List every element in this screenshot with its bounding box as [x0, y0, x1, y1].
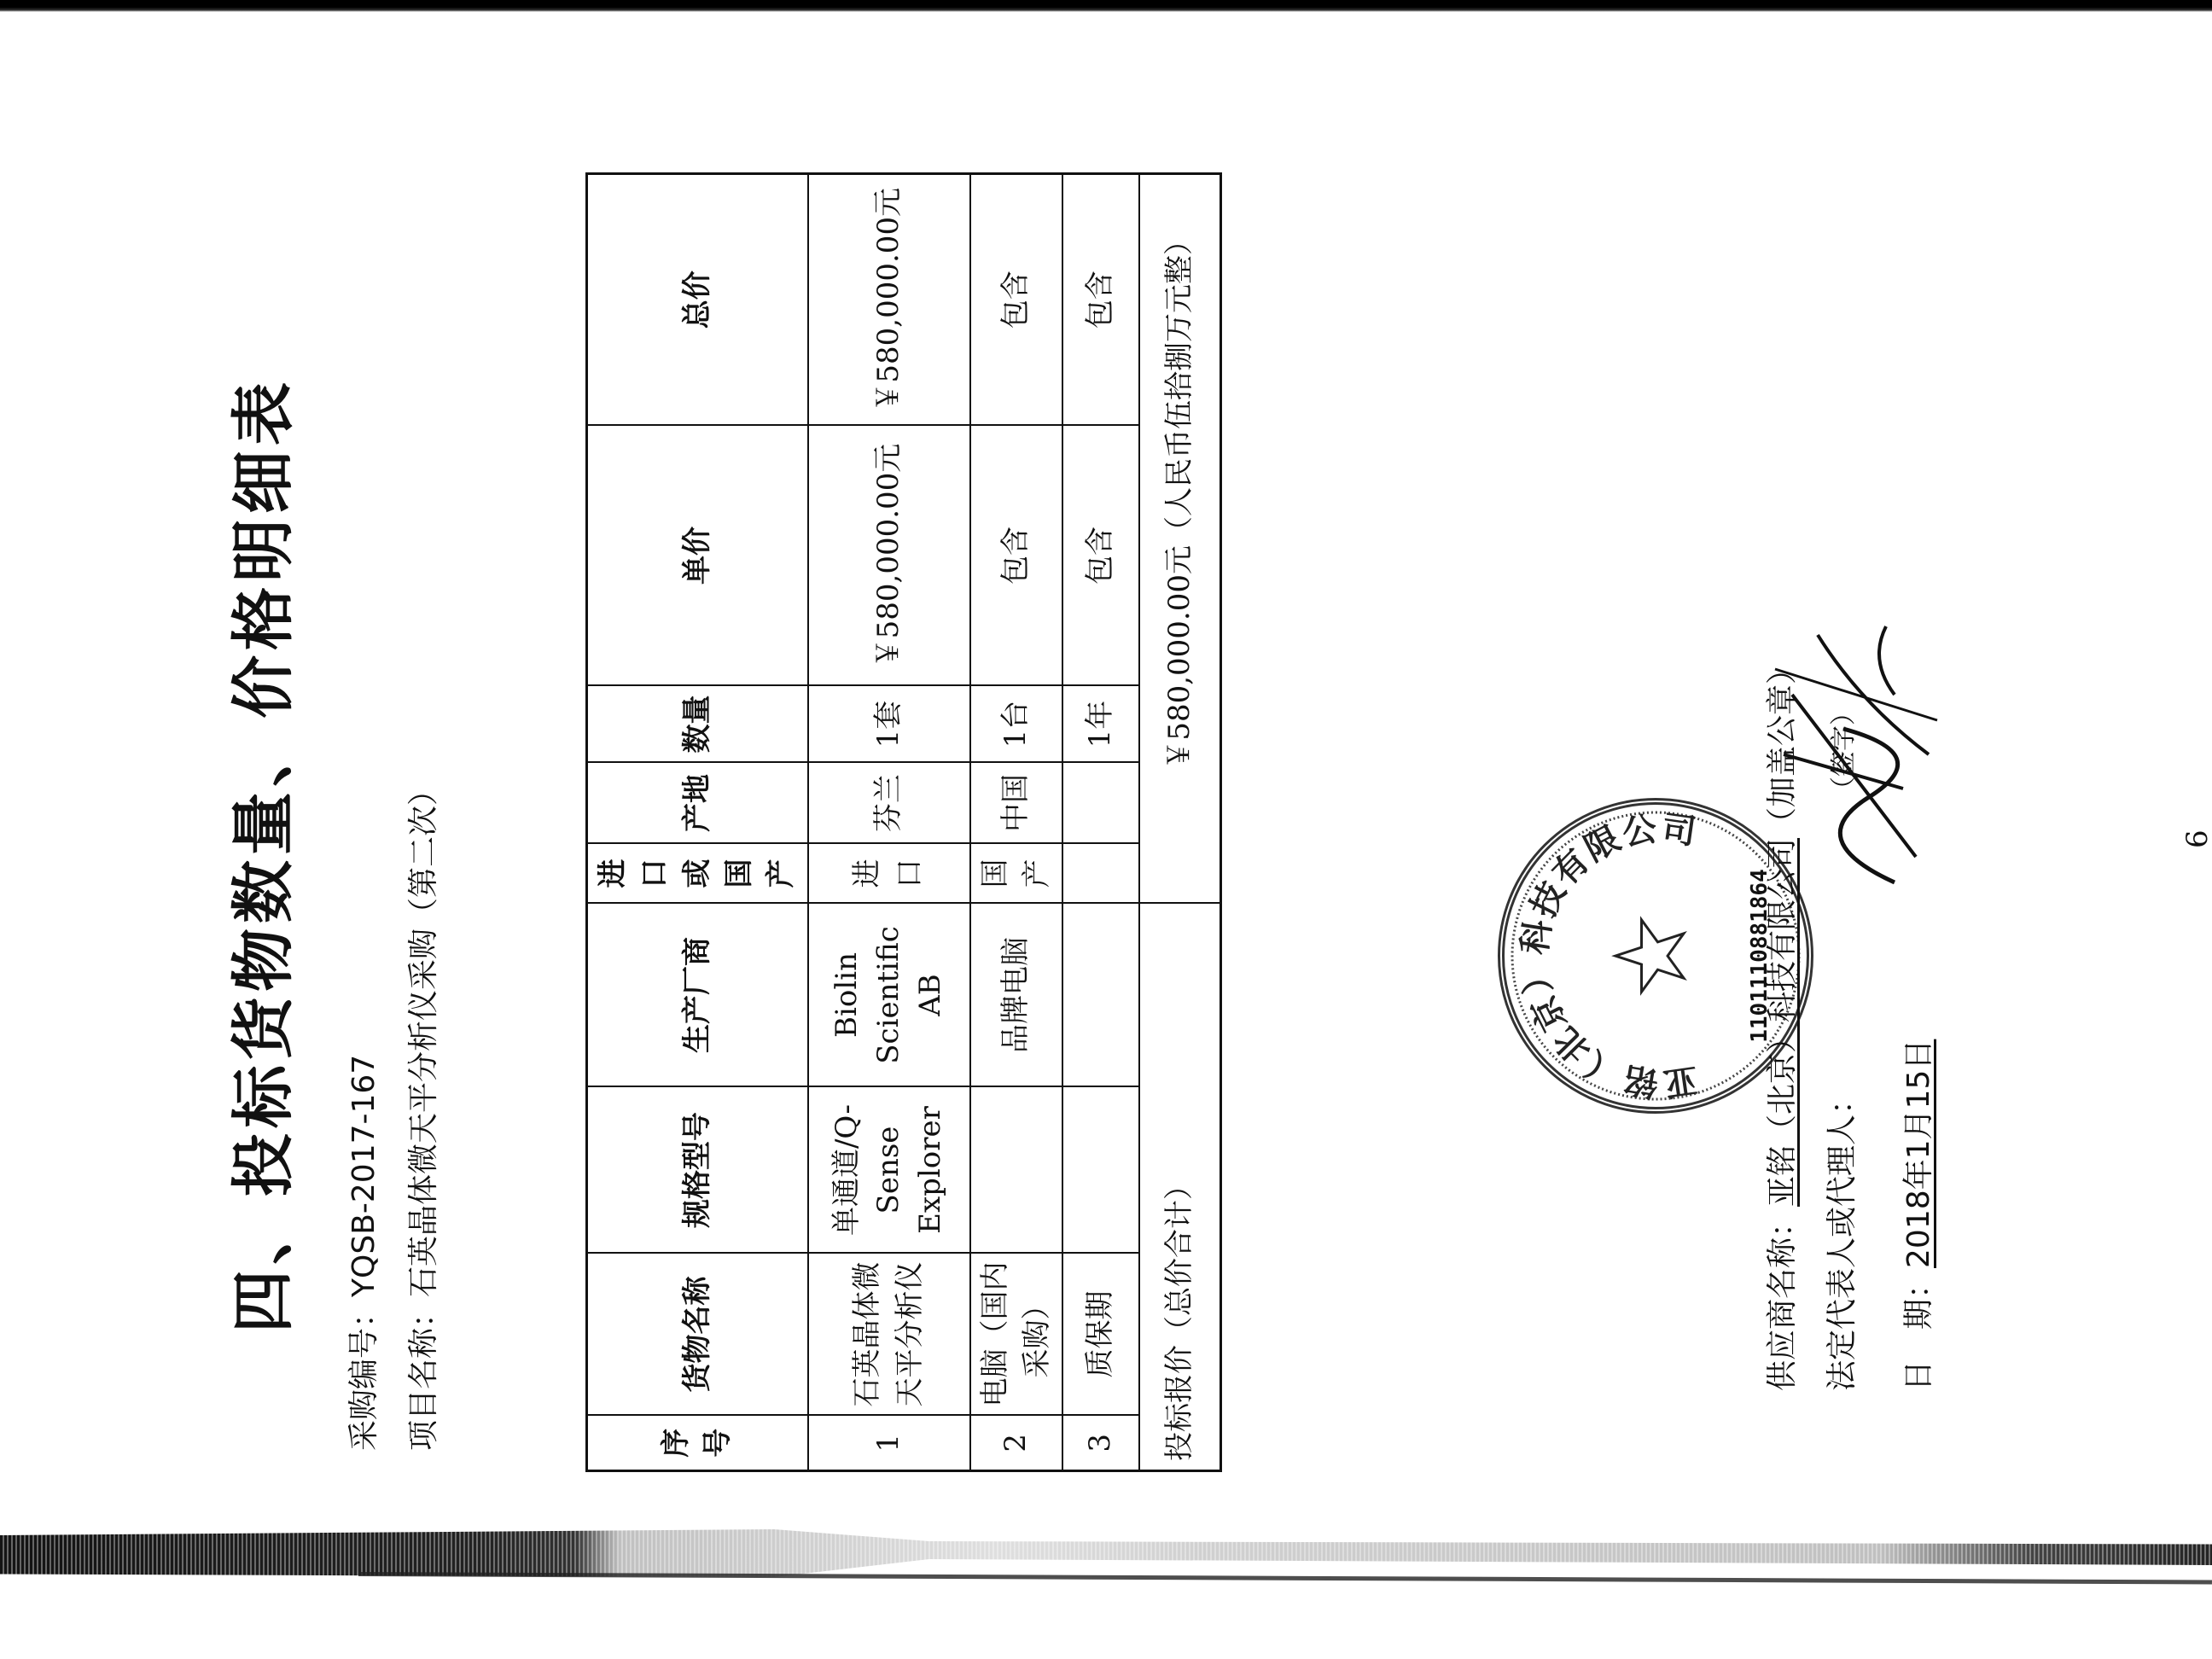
cell-manufacturer: Biolin Scientific AB — [808, 904, 970, 1087]
cell-no: 2 — [970, 1416, 1063, 1471]
table-row: 1 石英晶体微天平分析仪 单通道/Q-Sense Explorer Biolin… — [808, 174, 970, 1471]
cell-quantity: 1套 — [808, 686, 970, 763]
document-page: 四、投标货物数量、价格明细表 采购编号：YQSB-2017-167 项目名称：石… — [0, 0, 2212, 1659]
cell-no: 1 — [808, 1416, 970, 1471]
header-total-price: 总价 — [587, 174, 808, 426]
date-label: 日 期： — [1901, 1268, 1936, 1391]
page-title: 四、投标货物数量、价格明细表 — [213, 0, 304, 1659]
procurement-number-value: YQSB-2017-167 — [346, 1055, 381, 1297]
cell-total-price: 包含 — [1062, 174, 1139, 426]
cell-name: 电脑（国内采购） — [970, 1254, 1063, 1416]
cell-import-or-domestic: 进口 — [808, 844, 970, 904]
cell-quantity: 1年 — [1062, 686, 1139, 763]
handwritten-signature — [1767, 618, 1954, 891]
supplier-name-value: 亚铭（北京）科技有限公司 — [1765, 838, 1800, 1207]
cell-origin: 中国 — [970, 763, 1063, 844]
cell-no: 3 — [1062, 1416, 1139, 1471]
cell-quantity: 1台 — [970, 686, 1063, 763]
header-name: 货物名称 — [587, 1254, 808, 1416]
header-origin: 产地 — [587, 763, 808, 844]
page-title-text: 四、投标货物数量、价格明细表 — [213, 377, 304, 1333]
procurement-number: 采购编号：YQSB-2017-167 — [340, 1055, 383, 1451]
cell-origin — [1062, 763, 1139, 844]
cell-unit-price: 包含 — [970, 426, 1063, 686]
cell-unit-price: 包含 — [1062, 426, 1139, 686]
table-total-row: 投标报价（总价合计） ￥580,000.00元（人民币伍拾捌万元整） — [1139, 174, 1220, 1471]
cell-manufacturer: 品牌电脑 — [970, 904, 1063, 1087]
cell-manufacturer — [1062, 904, 1139, 1087]
supplier-name-label: 供应商名称： — [1765, 1207, 1800, 1391]
table-row: 2 电脑（国内采购） 品牌电脑 国产 中国 1台 包含 包含 — [970, 174, 1063, 1471]
project-name-value: 石英晶体微天平分析仪采购（第二次） — [406, 775, 441, 1297]
project-name: 项目名称：石英晶体微天平分析仪采购（第二次） — [399, 775, 443, 1451]
cell-name: 质保期 — [1062, 1254, 1139, 1416]
seal-star-icon: ★ — [1604, 914, 1698, 998]
cell-import-or-domestic: 国产 — [970, 844, 1063, 904]
procurement-number-label: 采购编号： — [346, 1297, 381, 1451]
cell-total-price: ￥580,000.00元 — [808, 174, 970, 426]
header-spec: 规格型号 — [587, 1087, 808, 1254]
page-number: 6 — [2180, 829, 2212, 848]
cell-spec: 单通道/Q-Sense Explorer — [808, 1087, 970, 1254]
table-row: 3 质保期 1年 包含 包含 — [1062, 174, 1139, 1471]
cell-total-price: 包含 — [970, 174, 1063, 426]
cell-name: 石英晶体微天平分析仪 — [808, 1254, 970, 1416]
header-quantity: 数量 — [587, 686, 808, 763]
header-unit-price: 单价 — [587, 426, 808, 686]
date-value: 2018年1月15日 — [1901, 1039, 1936, 1268]
cell-unit-price: ￥580,000.00元 — [808, 426, 970, 686]
total-value: ￥580,000.00元（人民币伍拾捌万元整） — [1139, 174, 1220, 904]
cell-spec — [970, 1087, 1063, 1254]
header-manufacturer: 生产厂商 — [587, 904, 808, 1087]
date-line: 日 期：2018年1月15日 — [1895, 1039, 1938, 1391]
cell-spec — [1062, 1087, 1139, 1254]
project-name-label: 项目名称： — [406, 1297, 441, 1451]
header-import-or-domestic: 进口或国产 — [587, 844, 808, 904]
total-label: 投标报价（总价合计） — [1139, 904, 1220, 1471]
price-detail-table: 序号 货物名称 规格型号 生产厂商 进口或国产 产地 数量 单价 总价 1 石英… — [585, 172, 1222, 1472]
table-header-row: 序号 货物名称 规格型号 生产厂商 进口或国产 产地 数量 单价 总价 — [587, 174, 808, 1471]
representative-label: 法定代表人或代理人： — [1825, 1084, 1860, 1391]
header-no: 序号 — [587, 1416, 808, 1471]
cell-import-or-domestic — [1062, 844, 1139, 904]
cell-origin: 芬兰 — [808, 763, 970, 844]
